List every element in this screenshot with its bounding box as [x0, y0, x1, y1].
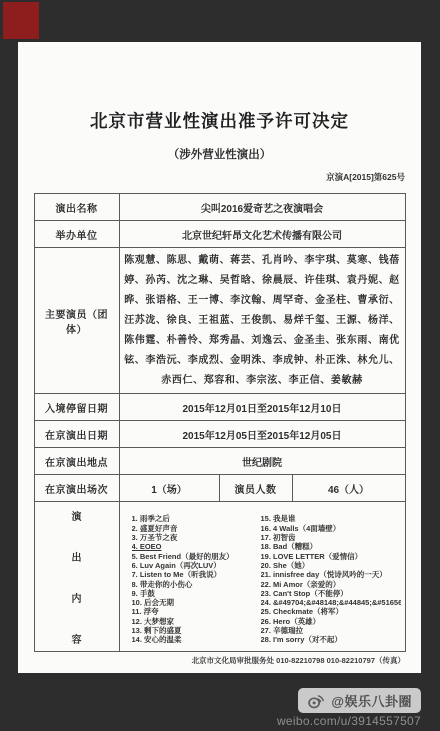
- program-item: 16. 4 Walls（4面墙壁）: [261, 524, 401, 533]
- avatar-red-square: [3, 2, 39, 39]
- program-item: 6. Luv Again（再次LUV）: [132, 561, 261, 570]
- program-vertical-label: 演出内容: [39, 508, 115, 646]
- row-label-performer-count: 演员人数: [219, 475, 292, 502]
- row-label-performers: 主要演员（团体）: [34, 248, 119, 394]
- program-item: 5. Best Friend（最好的朋友）: [132, 552, 261, 561]
- program-item: 18. Bad（糟糕）: [261, 542, 401, 551]
- table-row: 在京演出场次 1（场） 演员人数 46（人）: [34, 475, 405, 502]
- program-item: 12. 大梦想家: [132, 617, 261, 626]
- row-value-organizer: 北京世纪轩昂文化艺术传播有限公司: [119, 221, 405, 248]
- program-content-cell: 1. 雨季之后2. 盛夏好声音3. 万圣节之夜4. EOEO5. Best Fr…: [119, 502, 405, 652]
- table-row: 主要演员（团体） 陈观慧、陈思、戴萌、蒋芸、孔肖吟、李宇琪、莫寒、钱蓓婷、孙芮、…: [34, 248, 405, 394]
- table-row: 举办单位 北京世纪轩昂文化艺术传播有限公司: [34, 221, 405, 248]
- row-value-entry-dates: 2015年12月01日至2015年12月10日: [119, 394, 405, 421]
- program-item: 17. 初智齿: [261, 533, 401, 542]
- program-item: 11. 浮夸: [132, 607, 261, 616]
- program-item: 26. Hero（英雄）: [261, 617, 401, 626]
- watermark-url: weibo.com/u/3914557507: [277, 714, 421, 728]
- watermark-badge: @娱乐八卦圈: [298, 688, 421, 713]
- program-item: 10. 后会无期: [132, 598, 261, 607]
- row-value-performance-name: 尖叫2016爱奇艺之夜演唱会: [119, 194, 405, 221]
- row-label-program: 演出内容: [34, 502, 119, 652]
- row-value-show-dates: 2015年12月05日至2015年12月05日: [119, 421, 405, 448]
- program-item: 20. She（她）: [261, 561, 401, 570]
- permit-table: 演出名称 尖叫2016爱奇艺之夜演唱会 举办单位 北京世纪轩昂文化艺术传播有限公…: [34, 193, 406, 652]
- program-item: 25. Checkmate（将军）: [261, 607, 401, 616]
- program-item: 15. 我是谁: [261, 514, 401, 523]
- program-item: 4. EOEO: [132, 542, 261, 551]
- row-value-performer-count: 46（人）: [292, 475, 405, 502]
- program-item: 9. 手鼓: [132, 589, 261, 598]
- document-footer: 北京市文化局审批服务处 010-82210798 010-82210797（传真…: [18, 655, 421, 666]
- row-label-sessions: 在京演出场次: [34, 475, 119, 502]
- permit-document-page: 北京市营业性演出准予许可决定 （涉外营业性演出） 京演A[2015]第625号 …: [18, 42, 421, 673]
- program-column-2: 15. 我是谁16. 4 Walls（4面墙壁）17. 初智齿18. Bad（糟…: [261, 514, 401, 644]
- row-label-performance-name: 演出名称: [34, 194, 119, 221]
- table-row: 演出名称 尖叫2016爱奇艺之夜演唱会: [34, 194, 405, 221]
- row-label-show-dates: 在京演出日期: [34, 421, 119, 448]
- watermark-account: @娱乐八卦圈: [331, 691, 412, 710]
- program-item: 13. 剩下的盛夏: [132, 626, 261, 635]
- weibo-eye-icon: [307, 691, 326, 710]
- program-item: 14. 安心的温柔: [132, 635, 261, 644]
- row-label-entry-dates: 入境停留日期: [34, 394, 119, 421]
- program-item: 27. 辛德瑞拉: [261, 626, 401, 635]
- table-row: 演出内容 1. 雨季之后2. 盛夏好声音3. 万圣节之夜4. EOEO5. Be…: [34, 502, 405, 652]
- program-item: 3. 万圣节之夜: [132, 533, 261, 542]
- program-label-char: 容: [72, 631, 82, 646]
- row-label-organizer: 举办单位: [34, 221, 119, 248]
- row-value-sessions: 1（场）: [119, 475, 219, 502]
- program-columns: 1. 雨季之后2. 盛夏好声音3. 万圣节之夜4. EOEO5. Best Fr…: [124, 508, 401, 644]
- document-number: 京演A[2015]第625号: [18, 171, 421, 183]
- program-item: 28. I'm sorry（对不起）: [261, 635, 401, 644]
- program-item: 7. Listen to Me（听我说）: [132, 570, 261, 579]
- program-label-char: 出: [72, 549, 82, 564]
- program-item: 8. 带走你的小伤心: [132, 580, 261, 589]
- program-item: 2. 盛夏好声音: [132, 524, 261, 533]
- row-value-venue: 世纪剧院: [119, 448, 405, 475]
- weibo-image-view: 北京市营业性演出准予许可决定 （涉外营业性演出） 京演A[2015]第625号 …: [0, 0, 440, 731]
- program-label-char: 内: [72, 590, 82, 605]
- program-label-char: 演: [72, 508, 82, 523]
- program-item: 24. &#49704;&#48148;&#44845;&#51656;（隐藏和…: [261, 598, 401, 607]
- program-item: 1. 雨季之后: [132, 514, 261, 523]
- program-column-1: 1. 雨季之后2. 盛夏好声音3. 万圣节之夜4. EOEO5. Best Fr…: [132, 514, 261, 644]
- table-row: 在京演出地点 世纪剧院: [34, 448, 405, 475]
- page-title: 北京市营业性演出准予许可决定: [26, 108, 413, 133]
- page-subtitle: （涉外营业性演出）: [18, 146, 421, 162]
- row-label-venue: 在京演出地点: [34, 448, 119, 475]
- row-value-performers: 陈观慧、陈思、戴萌、蒋芸、孔肖吟、李宇琪、莫寒、钱蓓婷、孙芮、沈之琳、吴哲晗、徐…: [119, 248, 405, 394]
- program-item: 23. Can't Stop（不能停）: [261, 589, 401, 598]
- table-row: 入境停留日期 2015年12月01日至2015年12月10日: [34, 394, 405, 421]
- table-row: 在京演出日期 2015年12月05日至2015年12月05日: [34, 421, 405, 448]
- program-item: 19. LOVE LETTER（爱情信）: [261, 552, 401, 561]
- program-item: 21. innisfree day（悦诗风吟的一天）: [261, 570, 401, 579]
- program-item: 22. Mi Amor（亲爱的）: [261, 580, 401, 589]
